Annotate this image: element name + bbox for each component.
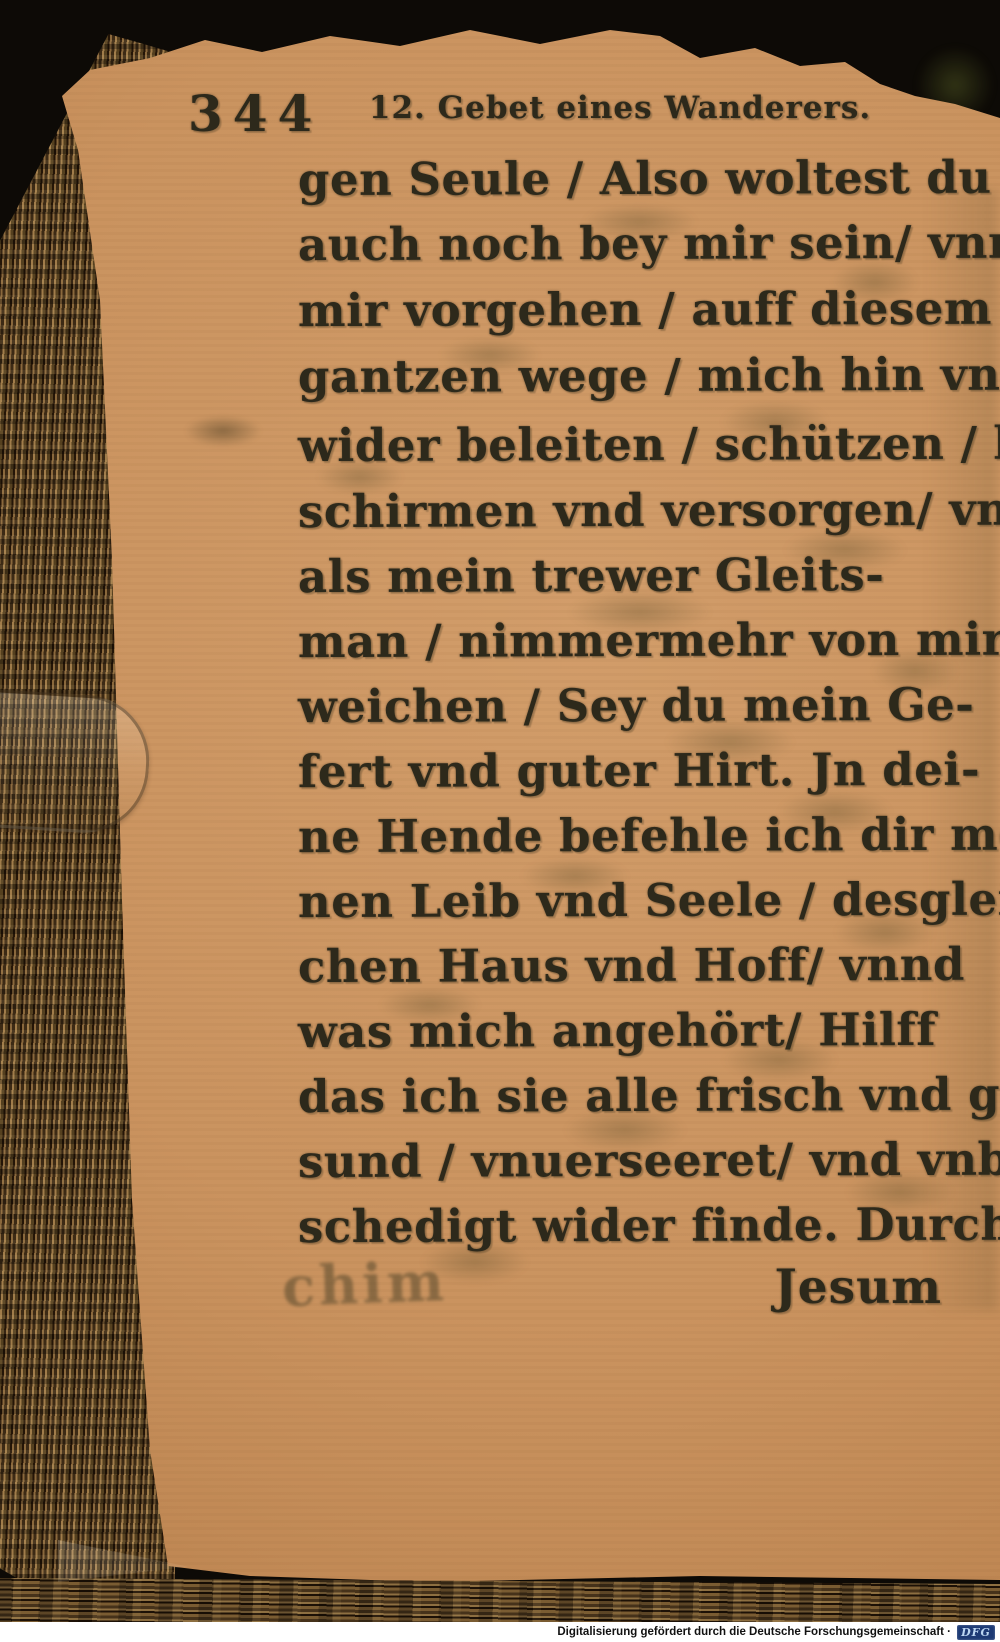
text-line: ne Hende befehle ich dir mei- <box>298 808 946 874</box>
text-line: fert vnd guter Hirt. Jn dei- <box>298 743 946 809</box>
text-line: sund / vnuerseeret/ vnd vnbe- <box>298 1133 946 1199</box>
text-line: was mich angehört/ Hilff <box>298 1003 946 1069</box>
book-scan-photo: chim 344 12. Gebet eines Wanderers. gen … <box>0 0 1000 1642</box>
credit-text: Digitalisierung gefördert durch die Deut… <box>557 1626 951 1638</box>
text-line: mir vorgehen / auff diesem <box>298 282 946 348</box>
text-line: schirmen vnd versorgen/ vnd <box>298 483 946 549</box>
text-line: schedigt wider finde. Durch <box>298 1198 946 1264</box>
text-line: gantzen wege / mich hin vnd <box>298 348 946 414</box>
text-line: chen Haus vnd Hoff/ vnnd <box>298 938 946 1004</box>
text-line: das ich sie alle frisch vnd ge- <box>298 1068 946 1134</box>
dfg-logo: DFG <box>957 1625 995 1640</box>
text-line: wider beleiten / schützen / be- <box>298 417 946 483</box>
text-line: gen Seule / Also woltest du <box>298 151 946 217</box>
page-number: 344 <box>188 84 322 143</box>
text-line: nen Leib vnd Seele / desglei- <box>298 873 946 939</box>
margin-ink-mark <box>168 408 278 454</box>
running-header: 12. Gebet eines Wanderers. <box>340 90 900 126</box>
catchword: Jesum <box>650 1260 942 1315</box>
digitisation-footer: Digitalisierung gefördert durch die Deut… <box>0 1622 1000 1642</box>
text-line: man / nimmermehr von mir <box>298 613 946 679</box>
text-line: weichen / Sey du mein Ge- <box>298 678 946 744</box>
text-line: auch noch bey mir sein/ vnnd <box>298 216 946 282</box>
text-line: als mein trewer Gleits- <box>298 548 946 614</box>
